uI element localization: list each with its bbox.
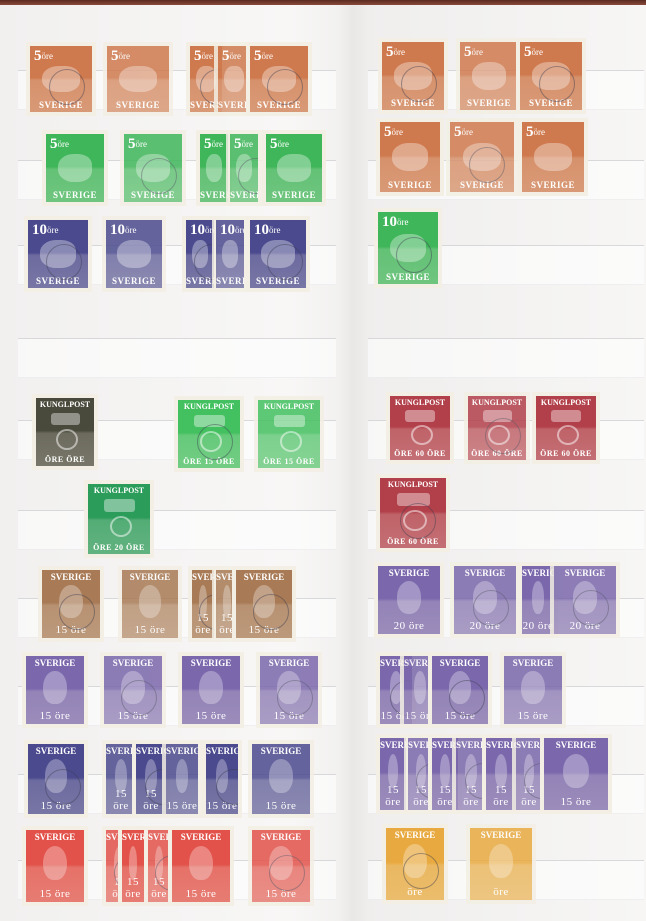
- stamp-country: SVERIGE: [380, 740, 406, 750]
- stamp-design: SVERIGE15 öre: [206, 744, 238, 814]
- postmark-icon: [396, 237, 432, 273]
- postmark-icon: [197, 424, 233, 460]
- stamp-header: KUNGLPOST: [468, 398, 526, 407]
- stamp-value: 5öre: [34, 48, 53, 64]
- crown-icon: [551, 410, 581, 422]
- stamp-value: 15 öre: [544, 796, 608, 808]
- stamp-country: SVERIGE: [252, 832, 310, 842]
- stamp-gustaf-v: SVERIGE15 öre: [38, 566, 104, 642]
- stamp-design: 5öreSVERIGE: [200, 134, 228, 202]
- stamp-design: SVERIGE15 öre: [122, 570, 178, 638]
- stamp-design: KUNGLPOSTÖRE ÖRE: [36, 398, 94, 466]
- stamp-country: SVERIGE: [28, 746, 84, 756]
- stamp-lion: 5öreSVERIGE: [518, 118, 588, 196]
- stamp-design: 5öreSVERIGE: [250, 46, 308, 112]
- crown-icon: [104, 499, 135, 512]
- stamp-country: SVERIGE: [378, 272, 438, 282]
- postmark-icon: [46, 244, 82, 280]
- stamp-design: SVERIGE15 öre: [192, 570, 214, 638]
- stamp-country: SVERIGE: [26, 658, 84, 668]
- stamp-design: KUNGLPOSTÖRE 60 ÖRE: [380, 478, 446, 548]
- strip: [18, 338, 336, 378]
- portrait-icon: [139, 585, 161, 618]
- stamp-country: SVERIGE: [378, 568, 440, 578]
- lion-icon: [117, 240, 151, 267]
- stamp-value: 5öre: [194, 48, 213, 64]
- stamp-country: SVERIGE: [266, 190, 322, 200]
- stamp-value: ÖRE 60 ÖRE: [536, 449, 596, 458]
- stamp-gustaf-v: SVERIGE15 öre: [428, 652, 492, 728]
- portrait-icon: [43, 846, 66, 881]
- stamp-gustaf-v: SVERIGE15 öre: [22, 652, 88, 728]
- stamp-country: SVERIGE: [460, 98, 518, 108]
- portrait-icon: [397, 581, 422, 614]
- stamp-value: 15 öre: [26, 888, 84, 900]
- stamp-gustaf-v: SVERIGE15 öre: [22, 826, 88, 906]
- stamp-gustaf-v: SVERIGE15 öre: [256, 652, 322, 728]
- stamp-design: KUNGLPOSTÖRE 60 ÖRE: [468, 396, 526, 460]
- crown-icon: [274, 415, 305, 427]
- stamp-value: 5öre: [386, 44, 405, 60]
- stamp-value: ÖRE ÖRE: [36, 455, 94, 464]
- stamp-design: 10öreSVERIGE: [250, 220, 306, 288]
- stamp-gustaf-v: SVERIGE15 öre: [118, 566, 182, 642]
- stamp-lion: 10öreSVERIGE: [374, 208, 442, 288]
- stamp-value: 5öre: [50, 136, 69, 152]
- stamp-design: 5öreSVERIGE: [382, 42, 444, 110]
- stamp-design: SVERIGE15 öre: [28, 744, 84, 814]
- stamp-country: SVERIGE: [46, 190, 104, 200]
- stamp-value: 5öre: [254, 48, 273, 64]
- lion-icon: [392, 143, 428, 171]
- stamp-value: 5öre: [270, 136, 289, 152]
- stamp-design: SVERIGE15 öre: [252, 744, 310, 814]
- stamp-crown-posthorn: KUNGLPOSTÖRE 15 ÖRE: [174, 396, 244, 472]
- stamp-design: SVERIGE15 öre: [122, 830, 144, 902]
- postmark-icon: [469, 147, 505, 183]
- stamp-gustaf-v: SVERIGE15 öre: [248, 740, 314, 818]
- lion-icon: [472, 62, 507, 89]
- page-divider: [338, 5, 368, 921]
- stamp-design: 5öreSVERIGE: [380, 122, 440, 192]
- stamp-gustaf-v: SVERIGE20 öre: [550, 562, 620, 638]
- portrait-icon: [43, 671, 66, 704]
- stamp-design: SVERIGE15 öre: [432, 656, 488, 724]
- stamp-value: öre: [470, 886, 532, 898]
- lion-icon: [206, 154, 223, 181]
- postmark-icon: [141, 158, 177, 194]
- stamp-design: 5öreSVERIGE: [30, 46, 92, 112]
- posthorn-icon: [56, 429, 77, 450]
- stamp-header: KUNGLPOST: [380, 480, 446, 489]
- stamp-value: 5öre: [526, 124, 545, 140]
- stamp-gustaf-v: SVERIGEöre: [466, 824, 536, 904]
- portrait-icon: [414, 671, 427, 704]
- stamp-design: SVERIGE20 öre: [378, 566, 440, 634]
- stamp-lion: 10öreSVERIGE: [212, 216, 248, 292]
- stamp-country: SVERIGE: [182, 658, 240, 668]
- stamp-country: SVERIGE: [544, 740, 608, 750]
- stamp-design: 5öreSVERIGE: [266, 134, 322, 202]
- stamp-value: 5öre: [111, 48, 130, 64]
- stamp-design: SVERIGE15 öre: [380, 738, 406, 810]
- lion-icon: [119, 66, 156, 92]
- stamp-lion: 10öreSVERIGE: [102, 216, 166, 292]
- postmark-icon: [253, 594, 289, 630]
- stamp-country: SVERIGE: [148, 832, 170, 842]
- stamp-value: 15 öre: [380, 784, 406, 808]
- postmark-icon: [267, 244, 303, 280]
- stamp-design: 10öreSVERIGE: [378, 212, 438, 284]
- stamp-value: 10öre: [190, 222, 214, 238]
- lion-icon: [222, 240, 239, 267]
- stamp-lion: 5öreSVERIGE: [456, 38, 522, 114]
- stamp-design: 5öreSVERIGE: [46, 134, 104, 202]
- stamp-country: SVERIGE: [166, 746, 198, 756]
- stamp-value: 5öre: [464, 44, 483, 60]
- stamp-country: SVERIGE: [522, 180, 584, 190]
- stamp-lion: 10öreSVERIGE: [246, 216, 310, 292]
- stamp-gustaf-v: SVERIGE15 öre: [168, 826, 234, 906]
- stamp-gustaf-v: SVERIGE15 öre: [100, 652, 166, 728]
- stamp-design: SVERIGE15 öre: [172, 830, 230, 902]
- stamp-crown-posthorn: KUNGLPOSTÖRE 20 ÖRE: [84, 480, 154, 558]
- posthorn-icon: [110, 516, 133, 538]
- stamp-design: 5öreSVERIGE: [460, 42, 518, 110]
- stamp-value: 5öre: [222, 48, 241, 64]
- stamp-header: KUNGLPOST: [258, 402, 320, 411]
- stamp-country: SVERIGE: [200, 190, 228, 200]
- stamp-design: SVERIGE15 öre: [182, 656, 240, 724]
- stamp-country: SVERIGE: [172, 832, 230, 842]
- stamp-lion: 5öreSVERIGE: [378, 38, 448, 114]
- stamp-gustaf-v: SVERIGE15 öre: [24, 740, 88, 818]
- stamp-value: 10öre: [110, 222, 137, 238]
- stamp-value: 15 öre: [166, 800, 198, 812]
- stamp-design: 5öreSVERIGE: [107, 46, 169, 112]
- portrait-icon: [176, 759, 189, 793]
- stamp-value: 5öre: [384, 124, 403, 140]
- stamp-header: KUNGLPOST: [36, 400, 94, 409]
- strip: [18, 510, 336, 550]
- stamp-value: 15 öre: [122, 624, 178, 636]
- stamp-header: KUNGLPOST: [390, 398, 450, 407]
- stamp-value: 5öre: [204, 136, 223, 152]
- stamp-value: 15 öre: [122, 876, 144, 900]
- portrait-icon: [521, 671, 544, 704]
- portrait-icon: [532, 581, 545, 614]
- stamp-country: SVERIGE: [106, 276, 162, 286]
- stamp-design: 10öreSVERIGE: [106, 220, 162, 288]
- stamp-crown-posthorn: KUNGLPOSTÖRE 60 ÖRE: [464, 392, 530, 464]
- crown-icon: [51, 413, 80, 425]
- stamp-design: KUNGLPOSTÖRE 60 ÖRE: [536, 396, 596, 460]
- stamp-country: SVERIGE: [206, 746, 238, 756]
- stamp-design: KUNGLPOSTÖRE 15 ÖRE: [178, 400, 240, 468]
- posthorn-icon: [280, 431, 303, 452]
- stamp-gustaf-v: SVERIGE15 öre: [248, 826, 314, 906]
- stamp-value: 10öre: [220, 222, 244, 238]
- postmark-icon: [473, 590, 509, 626]
- postmark-icon: [45, 769, 81, 805]
- stamp-header: KUNGLPOST: [88, 486, 150, 495]
- stamp-gustaf-v: SVERIGE15 öre: [202, 740, 242, 818]
- postmark-icon: [121, 680, 157, 716]
- stamp-lion: 5öreSVERIGE: [446, 118, 518, 196]
- stamp-design: SVERIGE20 öre: [454, 566, 516, 634]
- stamp-country: SVERIGE: [216, 276, 244, 286]
- stamp-design: SVERIGE20 öre: [554, 566, 616, 634]
- stamp-design: KUNGLPOSTÖRE 20 ÖRE: [88, 484, 150, 554]
- stamp-design: 5öreSVERIGE: [450, 122, 514, 192]
- stamp-design: SVERIGE15 öre: [26, 830, 84, 902]
- stamp-country: SVERIGE: [386, 830, 444, 840]
- stamp-value: 5öre: [234, 136, 253, 152]
- stamp-value: 15 öre: [172, 888, 230, 900]
- stamp-header: KUNGLPOST: [536, 398, 596, 407]
- stamp-value: 5öre: [524, 44, 543, 60]
- stamp-country: SVERIGE: [122, 832, 144, 842]
- stamp-lion: 5öreSVERIGE: [26, 42, 96, 116]
- stamp-design: SVERIGE15 öre: [42, 570, 100, 638]
- stamp-country: SVERIGE: [470, 830, 532, 840]
- stamp-design: SVERIGEöre: [470, 828, 532, 900]
- stamp-design: SVERIGE15 öre: [260, 656, 318, 724]
- stamp-design: 5öreSVERIGE: [124, 134, 182, 202]
- stamp-value: 15 öre: [504, 710, 562, 722]
- stamp-design: SVERIGE15 öre: [104, 656, 162, 724]
- stamp-lion: 10öreSVERIGE: [24, 216, 92, 292]
- stamp-country: SVERIGE: [516, 740, 542, 750]
- stamp-design: SVERIGE15 öre: [504, 656, 562, 724]
- stamp-design: KUNGLPOSTÖRE 60 ÖRE: [390, 396, 450, 460]
- postmark-icon: [59, 594, 95, 630]
- stamp-value: 10öre: [254, 222, 281, 238]
- stamp-value: ÖRE 60 ÖRE: [390, 449, 450, 458]
- stamp-gustaf-v: SVERIGE20 öre: [450, 562, 520, 638]
- stamp-design: SVERIGE15 öre: [166, 744, 198, 814]
- stamp-design: KUNGLPOSTÖRE 15 ÖRE: [258, 400, 320, 468]
- portrait-icon: [489, 844, 514, 879]
- stamp-value: ÖRE 20 ÖRE: [88, 543, 150, 552]
- stamp-design: 5öreSVERIGE: [230, 134, 258, 202]
- portrait-icon: [199, 671, 222, 704]
- stamp-lion: 5öreSVERIGE: [226, 130, 262, 206]
- posthorn-icon: [411, 425, 433, 445]
- stamp-country: SVERIGE: [252, 746, 310, 756]
- stamp-gustaf-v: SVERIGE15 öre: [162, 740, 202, 818]
- stamp-crown-posthorn: KUNGLPOSTÖRE 60 ÖRE: [376, 474, 450, 552]
- strip: [368, 338, 644, 378]
- stamp-lion: 5öreSVERIGE: [103, 42, 173, 116]
- postmark-icon: [573, 590, 609, 626]
- stamp-gustaf-v: SVERIGE15 öre: [232, 566, 296, 642]
- stamp-country: SVERIGE: [432, 658, 488, 668]
- stamp-gustaf-v: SVERIGEöre: [382, 824, 448, 904]
- stamp-country: SVERIGE: [554, 568, 616, 578]
- lion-icon: [224, 66, 243, 92]
- stamp-value: 15 öre: [252, 800, 310, 812]
- stamp-country: SVERIGE: [104, 658, 162, 668]
- stamp-value: 20 öre: [378, 620, 440, 632]
- postmark-icon: [49, 69, 85, 105]
- posthorn-icon: [557, 425, 579, 445]
- stamp-country: SVERIGE: [122, 572, 178, 582]
- postmark-icon: [400, 503, 436, 539]
- postmark-icon: [539, 66, 575, 102]
- stamp-country: SVERIGE: [260, 658, 318, 668]
- stamp-crown-posthorn: KUNGLPOSTÖRE ÖRE: [32, 394, 98, 470]
- stamp-gustaf-v: SVERIGE15 öre: [500, 652, 566, 728]
- postmark-icon: [449, 680, 485, 716]
- stamp-country: SVERIGE: [107, 100, 169, 110]
- stamp-country: SVERIGE: [42, 572, 100, 582]
- stamp-country: SVERIGE: [454, 568, 516, 578]
- portrait-icon: [563, 754, 589, 789]
- stamp-gustaf-v: SVERIGE15 öre: [540, 734, 612, 814]
- stamp-country: SVERIGE: [236, 572, 292, 582]
- stamp-lion: 5öreSVERIGE: [246, 42, 312, 116]
- stamp-design: 5öreSVERIGE: [522, 122, 584, 192]
- stamp-gustaf-v: SVERIGE15 öre: [178, 652, 244, 728]
- lion-icon: [58, 154, 93, 181]
- postmark-icon: [403, 853, 439, 889]
- stamp-design: SVERIGEöre: [386, 828, 444, 900]
- stamp-design: 10öreSVERIGE: [186, 220, 214, 288]
- stamp-value: 15 öre: [26, 710, 84, 722]
- postmark-icon: [269, 855, 305, 891]
- stamp-country: SVERIGE: [504, 658, 562, 668]
- stamp-design: 5öreSVERIGE: [520, 42, 582, 110]
- postmark-icon: [277, 680, 313, 716]
- lion-icon: [534, 143, 571, 171]
- stamp-crown-posthorn: KUNGLPOSTÖRE 15 ÖRE: [254, 396, 324, 472]
- stamp-lion: 5öreSVERIGE: [376, 118, 444, 196]
- stamp-value: 5öre: [454, 124, 473, 140]
- stamp-design: 10öreSVERIGE: [216, 220, 244, 288]
- postmark-icon: [401, 66, 437, 102]
- stamp-design: SVERIGE15 öre: [544, 738, 608, 810]
- stamp-country: SVERIGE: [380, 180, 440, 190]
- stamp-crown-posthorn: KUNGLPOSTÖRE 60 ÖRE: [386, 392, 454, 464]
- stamp-crown-posthorn: KUNGLPOSTÖRE 60 ÖRE: [532, 392, 600, 464]
- stamp-lion: 5öreSVERIGE: [120, 130, 186, 206]
- stamp-value: 10öre: [382, 214, 409, 230]
- portrait-icon: [189, 846, 212, 881]
- stamp-lion: 5öreSVERIGE: [42, 130, 108, 206]
- stamp-design: 10öreSVERIGE: [28, 220, 88, 288]
- stamp-lion: 5öreSVERIGE: [516, 38, 586, 114]
- stamp-gustaf-v: SVERIGE20 öre: [374, 562, 444, 638]
- stamp-design: SVERIGE15 öre: [236, 570, 292, 638]
- portrait-icon: [269, 759, 292, 793]
- stamp-header: KUNGLPOST: [178, 402, 240, 411]
- lion-icon: [277, 154, 311, 181]
- stamp-lion: 5öreSVERIGE: [262, 130, 326, 206]
- stamp-value: ÖRE 15 ÖRE: [258, 457, 320, 466]
- stamp-value: 15 öre: [182, 710, 240, 722]
- stamp-value: 10öre: [32, 222, 59, 238]
- stamp-design: SVERIGE15 öre: [516, 738, 542, 810]
- crown-icon: [405, 410, 435, 422]
- stamp-country: SVERIGE: [26, 832, 84, 842]
- stamp-design: SVERIGE15 öre: [148, 830, 170, 902]
- stamp-value: 5öre: [128, 136, 147, 152]
- stamp-country: SVERIGE: [192, 572, 214, 582]
- stamp-design: SVERIGE15 öre: [26, 656, 84, 724]
- stamp-design: SVERIGE15 öre: [252, 830, 310, 902]
